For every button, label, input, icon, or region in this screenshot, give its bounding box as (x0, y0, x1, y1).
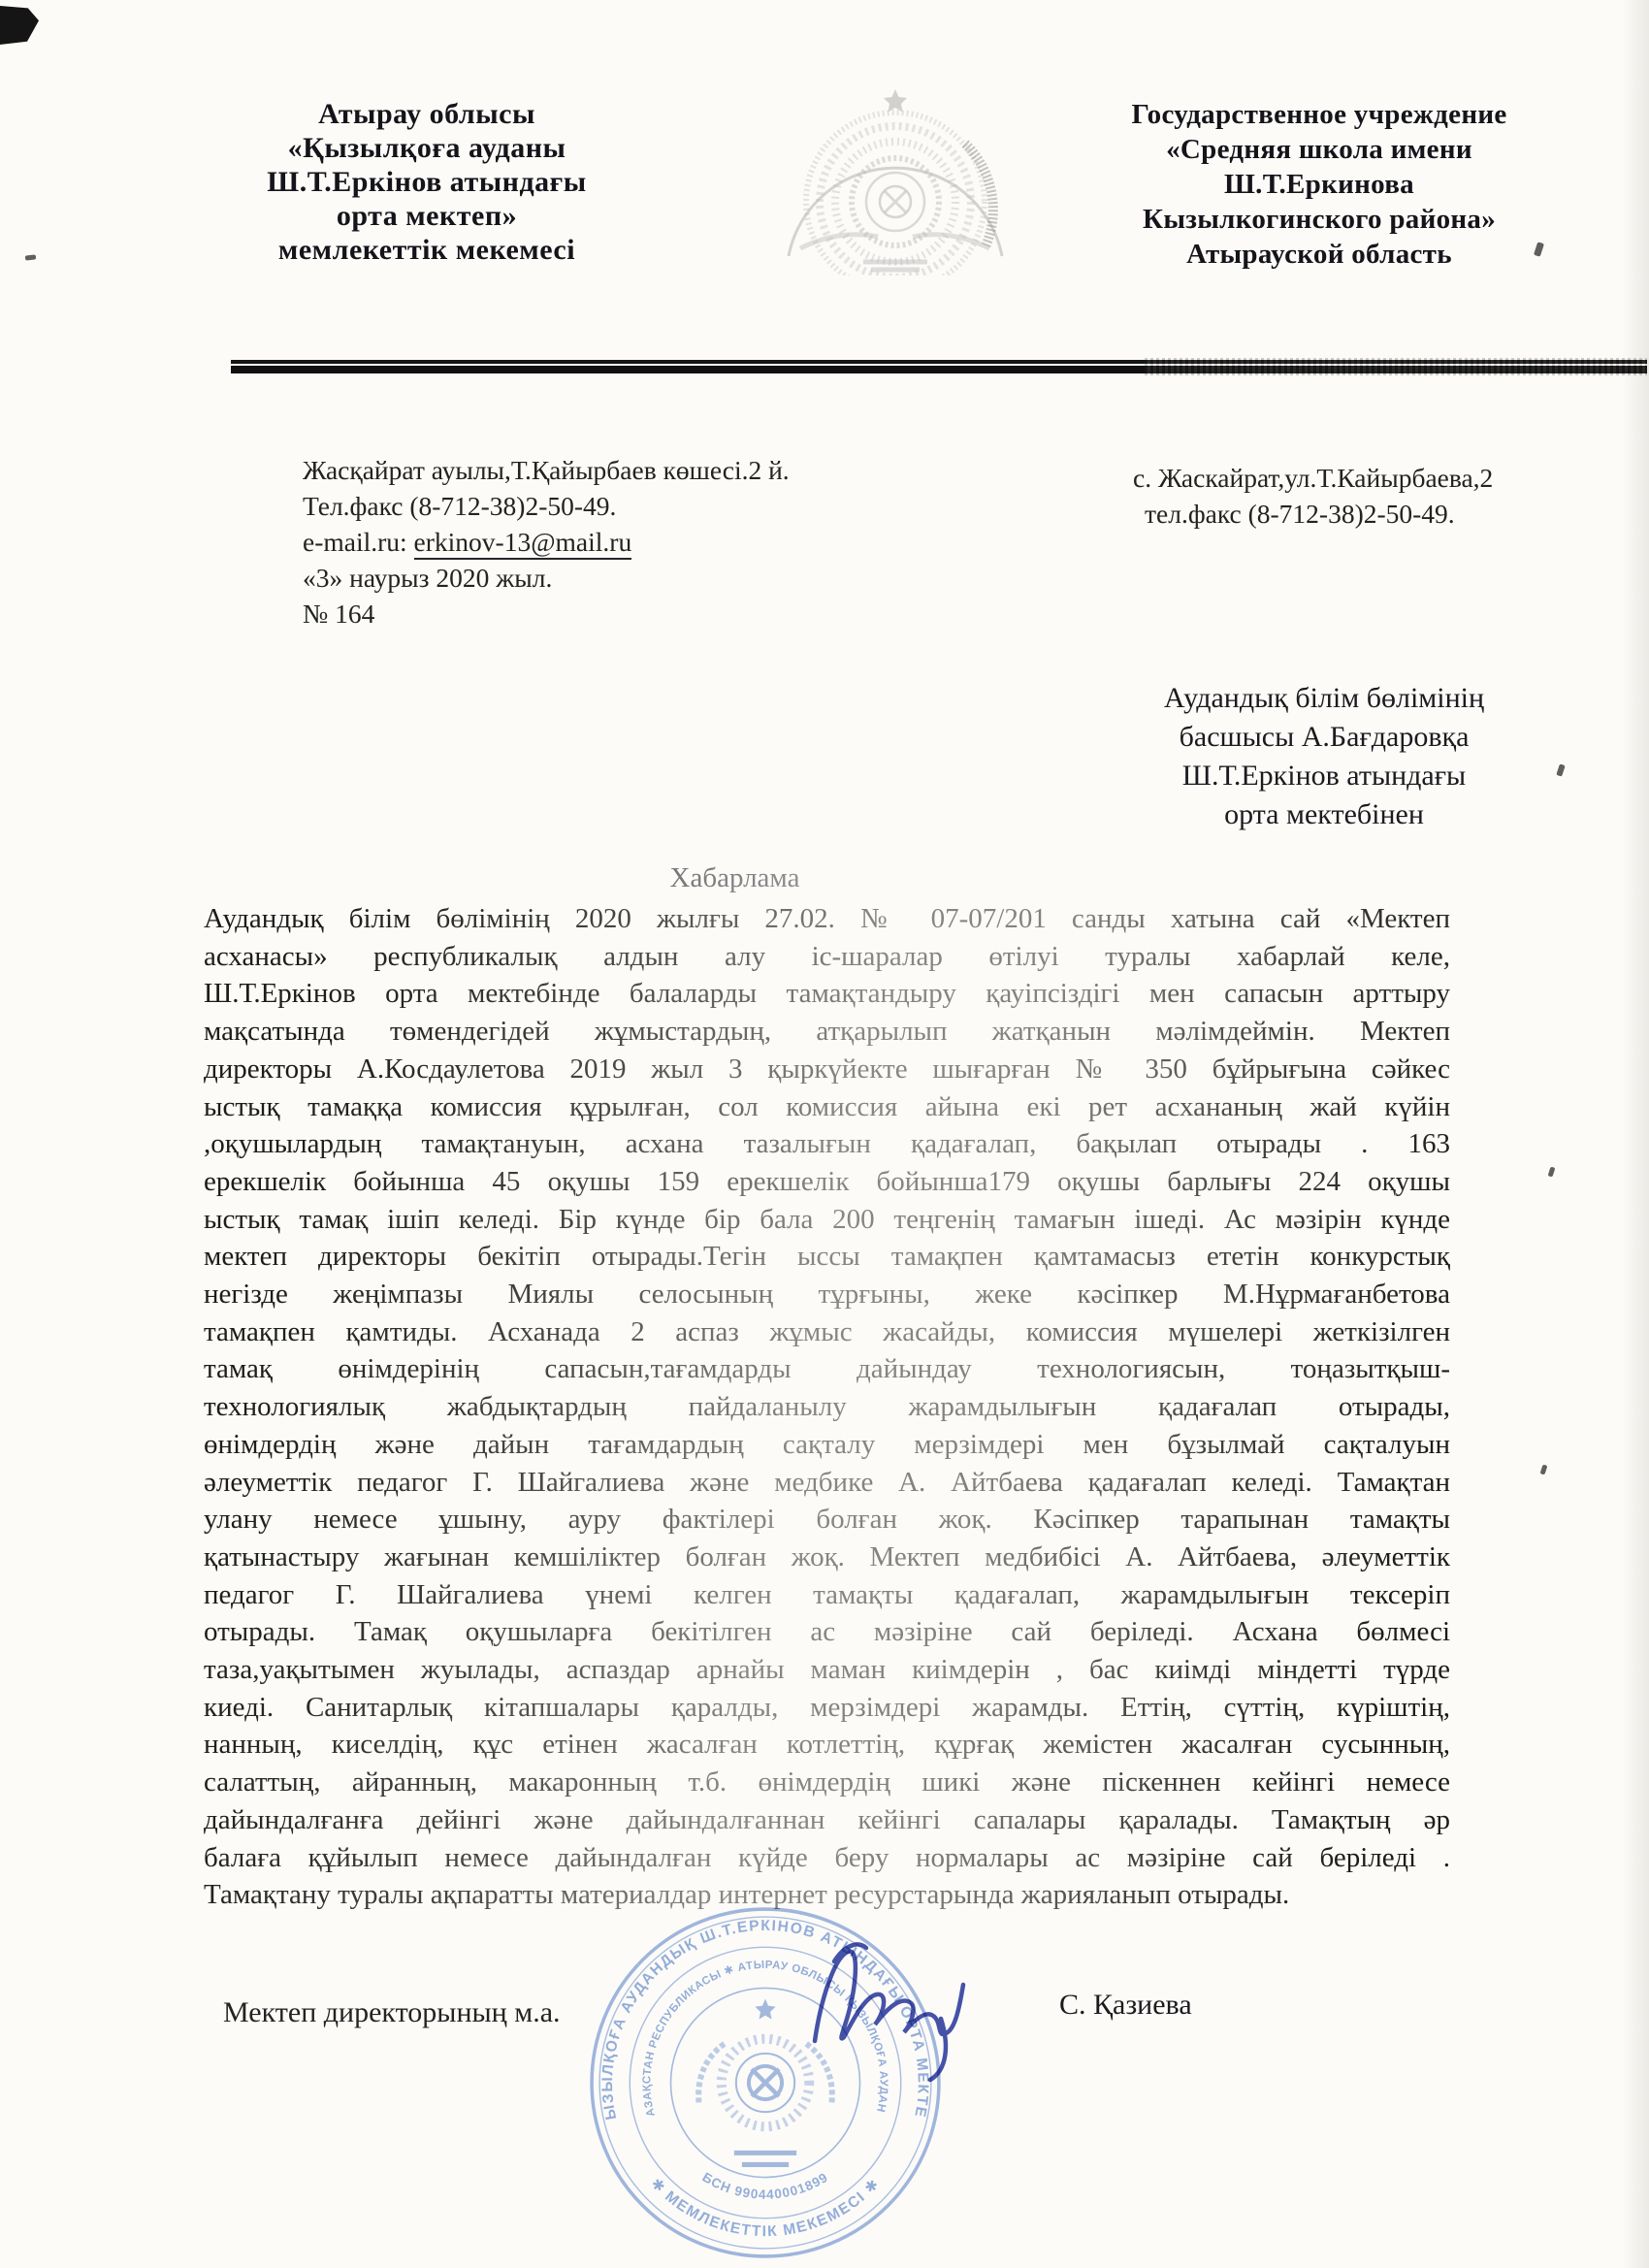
letter-number: № 164 (303, 596, 790, 632)
svg-text:БСН 990440001899: БСН 990440001899 (699, 2170, 830, 2202)
body-line: тамақпен қамтиды. Асханада 2 аспаз жұмыс… (204, 1313, 1450, 1351)
letter-date: «3» наурыз 2020 жыл. (303, 560, 790, 596)
organization-name-russian: Государственное учреждение «Средняя школ… (1096, 97, 1542, 272)
body-line: ,оқушылардың тамақтануын, асхана тазалығ… (204, 1125, 1450, 1163)
addressee-line: басшысы А.Бағдаровқа (1154, 718, 1494, 757)
stamp-outer-bottom-text: ✱ МЕМЛЕКЕТТІК МЕКЕМЕСІ ✱ (647, 2175, 883, 2240)
organization-name-kazakh: Атырау облысы «Қызылқоға ауданы Ш.Т.Еркі… (215, 97, 638, 267)
address-russian: с. Жаскайрат,ул.Т.Кайырбаева,2 (1133, 460, 1493, 496)
scan-speck (1548, 1166, 1556, 1177)
scan-speck (1556, 763, 1565, 776)
signer-position: Мектеп директорының м.а. (223, 1996, 561, 2029)
org-kk-line: Атырау облысы (215, 97, 638, 131)
org-ru-line: Кызылкогинского района» (1096, 202, 1542, 237)
body-line: мектеп директоры бекітіп отырады.Тегін ы… (204, 1238, 1450, 1276)
body-line: киеді. Санитарлық кітапшалары қаралды, м… (204, 1689, 1450, 1727)
body-line: тамақ өнімдерінің сапасын,тағамдарды дай… (204, 1350, 1450, 1388)
body-line: нанның, киселдің, құс етінен жасалған ко… (204, 1726, 1450, 1764)
letter-title: Хабарлама (112, 862, 1358, 894)
org-ru-line: Атырауской область (1096, 237, 1542, 272)
body-line: Аудандық білім бөлімінің 2020 жылғы 27.0… (204, 900, 1450, 938)
org-kk-line: орта мектеп» (215, 199, 638, 233)
body-line: директоры А.Косдаулетова 2019 жыл 3 қырк… (204, 1051, 1450, 1088)
scan-artifact-corner (0, 6, 39, 45)
phone-fax: Тел.факс (8-712-38)2-50-49. (303, 488, 790, 524)
letterhead-divider-smear (1145, 358, 1647, 375)
stamp-bin-text: БСН 990440001899 (699, 2170, 830, 2202)
body-line: улану немесе ұшыну, ауру фактілері болға… (204, 1501, 1450, 1539)
body-line: ерекшелік бойынша 45 оқушы 159 ерекшелік… (204, 1163, 1450, 1201)
org-kk-line: мемлекеттік мекемесі (215, 233, 638, 267)
letter-body: Аудандық білім бөлімінің 2020 жылғы 27.0… (204, 900, 1450, 1914)
body-line: асханасы» республикалық алдын алу іс-шар… (204, 938, 1450, 976)
body-line: ыстық тамақ ішіп келеді. Бір күнде бір б… (204, 1201, 1450, 1239)
body-line: өнімдердің және дайын тағамдардың сақтал… (204, 1426, 1450, 1464)
body-line: балаға құйылып немесе дайындалған күйде … (204, 1839, 1450, 1877)
letter-content: Хабарлама Аудандық білім бөлімінің 2020 … (204, 862, 1450, 1914)
org-ru-line: «Средняя школа имени (1096, 132, 1542, 167)
scan-speck (25, 254, 36, 260)
email-address: erkinov-13@mail.ru (414, 527, 632, 560)
kazakhstan-emblem-icon (771, 83, 1018, 275)
address-kazakh: Жасқайрат ауылы,Т.Қайырбаев көшесі.2 й. (303, 452, 790, 488)
signer-name: С. Қазиева (1059, 1989, 1192, 2022)
scan-edge-shade (1622, 0, 1649, 2268)
scan-speck (1540, 1464, 1548, 1474)
addressee-line: орта мектебінен (1154, 795, 1494, 834)
svg-text:✱ МЕМЛЕКЕТТІК МЕКЕМЕСІ ✱: ✱ МЕМЛЕКЕТТІК МЕКЕМЕСІ ✱ (647, 2175, 883, 2240)
org-ru-line: Ш.Т.Еркинова (1096, 167, 1542, 202)
scanned-letter-page: Атырау облысы «Қызылқоға ауданы Ш.Т.Еркі… (0, 0, 1649, 2268)
body-line: дайындалғанға дейінгі және дайындалғанна… (204, 1801, 1450, 1839)
body-line: Ш.Т.Еркінов орта мектебінде балаларды та… (204, 975, 1450, 1013)
body-line: әлеуметтік педагог Г. Шайгалиева және ме… (204, 1464, 1450, 1502)
body-line: мақсатында төмендегідей жұмыстардың, атқ… (204, 1013, 1450, 1051)
body-line: ыстық тамаққа комиссия құрылған, сол ком… (204, 1088, 1450, 1126)
body-line: қатынастыру жағынан кемшіліктер болған ж… (204, 1539, 1450, 1576)
body-line: таза,уақытымен жуылады, аспаздар арнайы … (204, 1651, 1450, 1689)
phone-fax-russian: тел.факс (8-712-38)2-50-49. (1133, 496, 1493, 532)
email-label: e-mail.ru: (303, 527, 414, 557)
body-line: негізде жеңімпазы Миялы селосының тұрғын… (204, 1276, 1450, 1313)
contact-block-right: с. Жаскайрат,ул.Т.Кайырбаева,2 тел.факс … (1133, 460, 1493, 532)
addressee-block: Аудандық білім бөлімінің басшысы А.Бағда… (1154, 679, 1494, 834)
addressee-line: Аудандық білім бөлімінің (1154, 679, 1494, 718)
email-line: e-mail.ru: erkinov-13@mail.ru (303, 524, 790, 560)
body-line: педагог Г. Шайгалиева үнемі келген тамақ… (204, 1576, 1450, 1614)
contact-block-left: Жасқайрат ауылы,Т.Қайырбаев көшесі.2 й. … (303, 452, 790, 632)
body-line: технологиялық жабдықтардың пайдаланылу ж… (204, 1388, 1450, 1426)
org-kk-line: Ш.Т.Еркінов атындағы (215, 165, 638, 199)
body-line: отырады. Тамақ оқушыларға бекітілген ас … (204, 1613, 1450, 1651)
school-round-stamp: «ҚЫЗЫЛҚОҒА АУДАНДЫҚ Ш.Т.ЕРКІНОВ АТЫНДАҒЫ… (578, 1897, 953, 2268)
org-ru-line: Государственное учреждение (1096, 97, 1542, 132)
org-kk-line: «Қызылқоға ауданы (215, 131, 638, 165)
addressee-line: Ш.Т.Еркінов атындағы (1154, 757, 1494, 795)
body-line: салаттың, айранның, макаронның т.б. өнім… (204, 1764, 1450, 1801)
